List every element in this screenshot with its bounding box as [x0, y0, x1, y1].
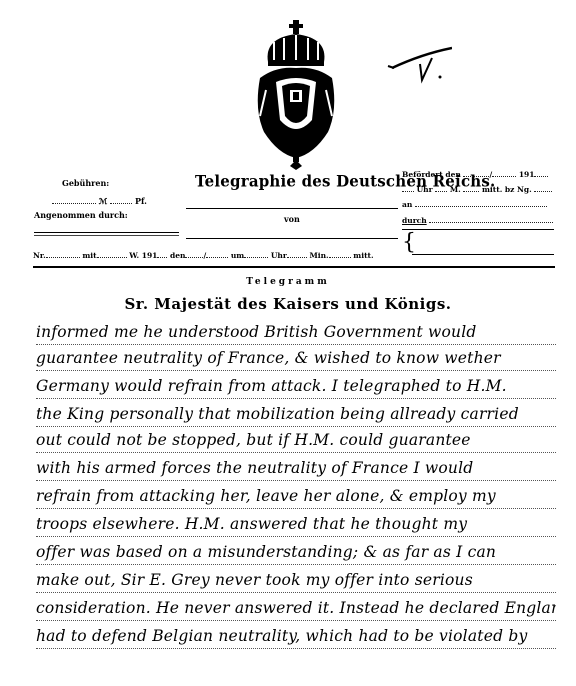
handwritten-mark-icon: [352, 44, 452, 94]
message-line: had to defend Belgian neutrality, which …: [36, 624, 556, 649]
message-line: offer was based on a misunderstanding; &…: [36, 540, 556, 565]
message-line: refrain from attacking her, leave her al…: [36, 484, 556, 509]
from-label: von: [284, 214, 300, 224]
delivered-field[interactable]: Befördert den / 191: [402, 170, 548, 179]
divider: [34, 235, 179, 236]
message-line: troops elsewhere. H.M. answered that he …: [36, 512, 556, 537]
message-line: Germany would refrain from attack. I tel…: [36, 374, 556, 399]
message-line: make out, Sir E. Grey never took my offe…: [36, 568, 556, 593]
divider: [402, 229, 554, 230]
brace-icon: {: [402, 232, 416, 254]
message-line: consideration. He never answered it. Ins…: [36, 596, 556, 621]
addressee-heading: Sr. Majestät des Kaisers und Königs.: [0, 295, 576, 313]
sender-line-top[interactable]: [186, 208, 398, 209]
message-line: with his armed forces the neutrality of …: [36, 456, 556, 481]
message-line: guarantee neutrality of France, & wished…: [36, 346, 556, 371]
received-by-field[interactable]: [34, 232, 179, 233]
recipient-station-field[interactable]: an: [402, 200, 547, 209]
pf-label: Pf.: [135, 196, 147, 206]
delivered-time-field[interactable]: Uhr M. mitt. bz Ng.: [402, 185, 552, 194]
message-line: the King personally that mobilization be…: [36, 402, 556, 427]
message-line: informed me he understood British Govern…: [36, 320, 556, 345]
delivered-label: Befördert den: [402, 170, 461, 179]
fees-amount-field[interactable]: ℳ Pf.: [52, 196, 147, 206]
message-line: out could not be stopped, but if H.M. co…: [36, 428, 556, 453]
document-type-label: Telegramm: [0, 277, 576, 287]
fees-label: Gebühren:: [62, 178, 109, 188]
received-by-label: Angenommen durch:: [34, 210, 128, 220]
imperial-crest-icon: [246, 20, 346, 170]
number-row[interactable]: Nr. mit W. 191 den/ um Uhr Min. mitt.: [33, 251, 374, 260]
header-divider: [33, 266, 555, 268]
currency-mark: ℳ: [99, 196, 108, 206]
route-line[interactable]: [412, 254, 554, 255]
via-field[interactable]: durch: [402, 216, 553, 225]
sender-line-bottom[interactable]: [186, 238, 398, 239]
